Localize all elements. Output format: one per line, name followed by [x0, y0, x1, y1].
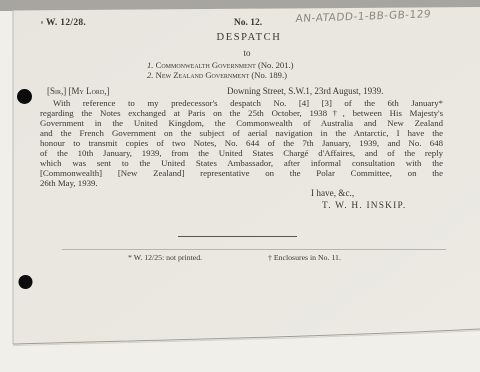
- hole-punch-top: [17, 89, 32, 104]
- dateline: Downing Street, S.W.1, 23rd August, 1939…: [227, 86, 383, 96]
- recipient-name: Commonwealth Government: [156, 60, 256, 70]
- despatch-body: With reference to my predecessor's despa…: [40, 98, 443, 188]
- recipient-ref: (No. 189.): [251, 70, 287, 80]
- despatch-subtitle: to: [147, 48, 347, 58]
- recipient-ref: (No. 201.): [258, 60, 294, 70]
- body-line: which was sent to the United States Amba…: [40, 158, 443, 168]
- recipient-list: 1. Commonwealth Government (No. 201.) 2.…: [147, 60, 294, 80]
- footnote-dagger: † Enclosures in No. 11.: [268, 253, 341, 262]
- salutation: [Sir,] [My Lord,]: [47, 86, 110, 96]
- body-line: and the French Government on the subject…: [40, 128, 443, 138]
- ink-speck: [41, 21, 43, 24]
- recipient-line: 2. New Zealand Government (No. 189.): [147, 70, 294, 80]
- recipient-number: 2.: [147, 70, 153, 80]
- hole-punch-bottom: [19, 275, 33, 289]
- body-line: of the 10th January, 1939, from the Unit…: [40, 148, 443, 158]
- scanned-despatch-page: W. 12/28. No. 12. AN-ATADD-1-BB-GB-129 D…: [0, 0, 480, 372]
- body-line: [Commonwealth] [New Zealand] representat…: [40, 168, 443, 178]
- body-line: 26th May, 1939.: [40, 178, 443, 188]
- valediction: I have, &c.,: [311, 188, 354, 198]
- body-line: With reference to my predecessor's despa…: [40, 98, 443, 108]
- despatch-title: DESPATCH: [149, 32, 349, 43]
- separator-rule: [178, 236, 297, 237]
- body-line: Government in the United Kingdom, the Co…: [40, 118, 443, 128]
- footnote-rule: [62, 249, 446, 250]
- body-line: honour to transmit copies of two Notes, …: [40, 138, 443, 148]
- recipient-number: 1.: [147, 60, 153, 70]
- signature: T. W. H. INSKIP.: [322, 201, 406, 211]
- recipient-line: 1. Commonwealth Government (No. 201.): [147, 60, 294, 70]
- file-reference: W. 12/28.: [46, 18, 86, 28]
- footnote-asterisk: * W. 12/25: not printed.: [128, 253, 202, 262]
- recipient-name: New Zealand Government: [156, 70, 250, 80]
- body-line: regarding the Notes exchanged at Paris o…: [40, 108, 443, 118]
